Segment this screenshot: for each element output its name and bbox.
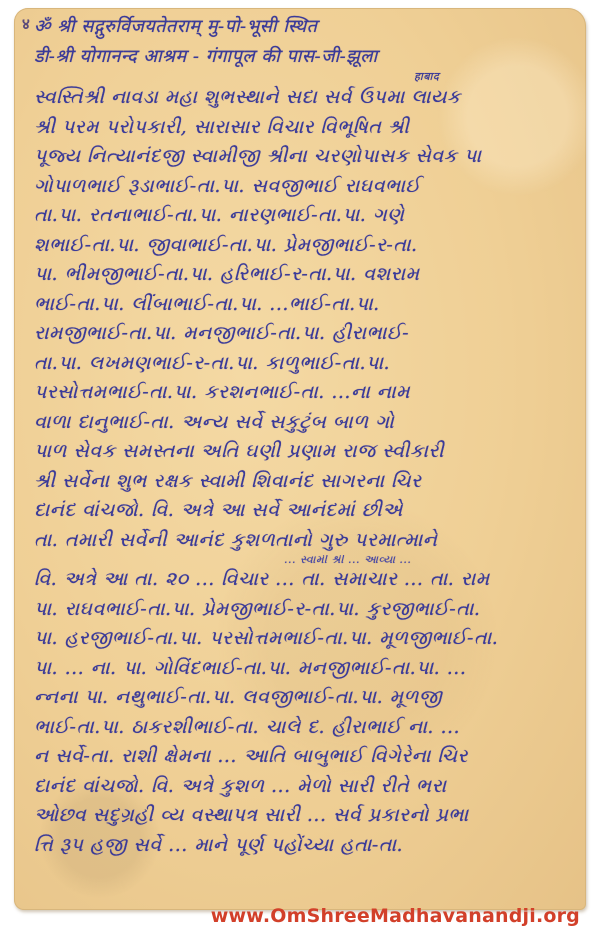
body-line: તા.પા. લખમણભાઈ-ર-તા.પા. કાળુભાઈ-તા.પા. [34,349,580,379]
body-line: શ્રી સર્વેના શુભ રક્ષક સ્વામી શિવાનંદ સા… [34,467,580,497]
header-line: डी-श्री योगानन्द आश्रम - गंगापूल की पास-… [34,42,580,72]
body-line: સ્વસ્તિશ્રી નાવડા મહા શુભસ્થાને સદા સર્વ… [34,83,580,113]
page-number: ४ [22,14,30,34]
header-line: हाबाद [34,71,580,83]
body-line: રામજીભાઈ-તા.પા. મનજીભાઈ-તા.પા. હીરાભાઈ- [34,319,580,349]
body-line: ત્તિ રૂપ હજી સર્વે ... માને પૂર્ણ પહોંચ્… [34,831,580,861]
body-line: પા. ... ના. પા. ગોવિંદભાઈ-તા.પા. મનજીભાઈ… [34,654,580,684]
interlinear-note: ... સ્વામી શ્રી ... આવ્યા ... [34,555,580,565]
body-line: ભાઈ-તા.પા. ઠાકરશીભાઈ-તા. ચાલે દ. હીરાભાઈ… [34,713,580,743]
body-line: શભાઈ-તા.પા. જીવાભાઈ-તા.પા. પ્રેમજીભાઈ-ર-… [34,231,580,261]
body-line: શ્રી પરમ પરોપકારી, સારાસાર વિચાર વિભૂષિત… [34,113,580,143]
body-line: પાળ સેવક સમસ્તના અતિ ઘણી પ્રણામ રાજ સ્વી… [34,437,580,467]
handwritten-text: ॐ श्री सद्गुरुर्विजयतेतराम् मु-पो-भूसी स… [34,12,580,860]
body-line: ન્નના પા. નથુભાઈ-તા.પા. લવજીભાઈ-તા.પા. મ… [34,683,580,713]
body-line: તા. તમારી સર્વેની આનંદ કુશળતાનો ગુરુ પરમ… [34,526,580,556]
body-line: પરસોત્તમભાઈ-તા.પા. કરશનભાઈ-તા. ...ના નામ [34,378,580,408]
body-line: વિ. અત્રે આ તા. ૨૦ ... વિચાર ... તા. સમા… [34,565,580,595]
body-line: પા. હરજીભાઈ-તા.પા. પરસોત્તમભાઈ-તા.પા. મૂ… [34,624,580,654]
header-line: ॐ श्री सद्गुरुर्विजयतेतराम् मु-पो-भूसी स… [34,12,580,42]
website-watermark: www.OmShreeMadhavanandji.org [211,905,580,927]
body-line: ભાઈ-તા.પા. લીંબાભાઈ-તા.પા. ...ભાઈ-તા.પા. [34,290,580,320]
body-line: પૂજ્ય નિત્યાનંદજી સ્વામીજી શ્રીના ચરણોપા… [34,142,580,172]
body-line: તા.પા. રતનાભાઈ-તા.પા. નારણભાઈ-તા.પા. ગણે [34,201,580,231]
body-line: દાનંદ વાંચજો. વિ. અત્રે કુશળ ... મેળો સા… [34,772,580,802]
body-line: વાળા દાનુભાઈ-તા. અન્ય સર્વે સકુટુંબ બાળ … [34,408,580,438]
body-line: પા. ભીમજીભાઈ-તા.પા. હરિભાઈ-ર-તા.પા. વશરા… [34,260,580,290]
body-line: ઓછવ સદુગ્રહી વ્ય વસ્થાપત્ર સારી ... સર્વ… [34,801,580,831]
body-line: દાનંદ વાંચજો. વિ. અત્રે આ સર્વે આનંદમાં … [34,496,580,526]
body-line: પા. રાઘવભાઈ-તા.પા. પ્રેમજીભાઈ-ર-તા.પા. ક… [34,595,580,625]
body-line: ગોપાળભાઈ રૂડાભાઈ-તા.પા. સવજીભાઈ રાઘવભાઈ [34,172,580,202]
postcard: ४ ॐ श्री सद्गुरुर्विजयतेतराम् मु-पो-भूसी… [14,8,586,910]
body-line: ન સર્વે-તા. રાશી ક્ષેમના ... આતિ બાબુભાઈ… [34,742,580,772]
